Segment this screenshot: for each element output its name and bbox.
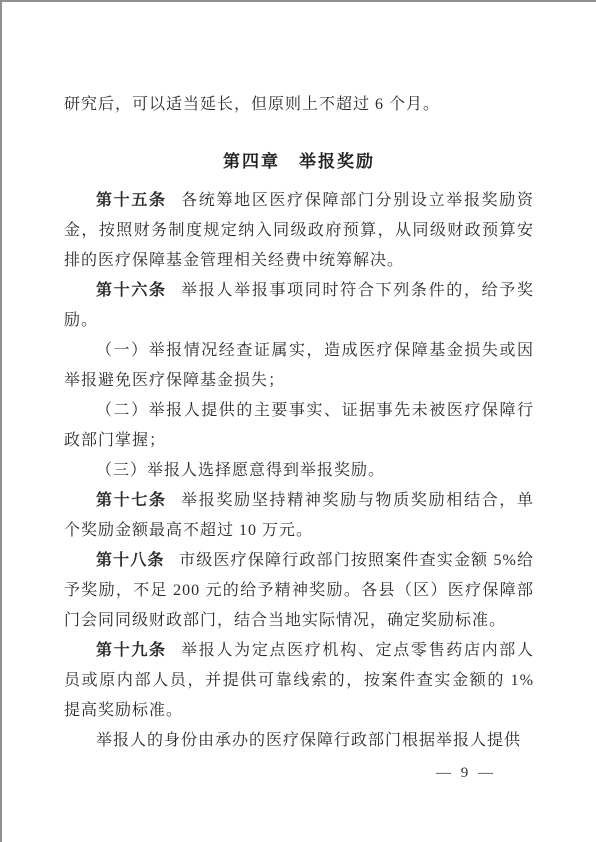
article-paragraph: 第十五条各统筹地区医疗保障部门分别设立举报奖励资金，按照财务制度规定纳入同级政府… [64,186,534,276]
article-text: 举报人的身份由承办的医疗保障行政部门根据举报人提供 [96,732,521,749]
article-label: 第十五条 [96,192,167,209]
article-text: （三）举报人选择愿意得到举报奖励。 [96,462,385,479]
body-paragraph: 研究后，可以适当延长，但原则上不超过 6 个月。 [64,90,534,120]
article-text: （二）举报人提供的主要事实、证据事先未被医疗保障行政部门掌握； [64,402,534,449]
chapter-heading: 第四章 举报奖励 [64,147,534,177]
article-text: 研究后，可以适当延长，但原则上不超过 6 个月。 [64,96,440,113]
document-page: 研究后，可以适当延长，但原则上不超过 6 个月。第四章 举报奖励第十五条各统筹地… [0,0,596,842]
article-paragraph: 第十七条举报奖励坚持精神奖励与物质奖励相结合，单个奖励金额最高不超过 10 万元… [64,486,534,546]
page-number: — 9 — [436,765,496,782]
article-subitem: （一）举报情况经查证属实，造成医疗保障基金损失或因举报避免医疗保障基金损失； [64,336,534,396]
document-body: 研究后，可以适当延长，但原则上不超过 6 个月。第四章 举报奖励第十五条各统筹地… [64,90,534,756]
body-paragraph: 举报人的身份由承办的医疗保障行政部门根据举报人提供 [64,726,534,756]
article-subitem: （二）举报人提供的主要事实、证据事先未被医疗保障行政部门掌握； [64,396,534,456]
article-label: 第十七条 [96,492,167,509]
article-paragraph: 第十八条市级医疗保障行政部门按照案件查实金额 5%给予奖励，不足 200 元的给… [64,546,534,636]
article-paragraph: 第十六条举报人举报事项同时符合下列条件的，给予奖励。 [64,276,534,336]
article-paragraph: 第十九条举报人为定点医疗机构、定点零售药店内部人员或原内部人员，并提供可靠线索的… [64,636,534,726]
article-label: 第十六条 [96,282,167,299]
article-label: 第十八条 [96,552,165,569]
article-subitem: （三）举报人选择愿意得到举报奖励。 [64,456,534,486]
article-label: 第十九条 [96,642,167,659]
article-text: （一）举报情况经查证属实，造成医疗保障基金损失或因举报避免医疗保障基金损失； [64,342,534,389]
